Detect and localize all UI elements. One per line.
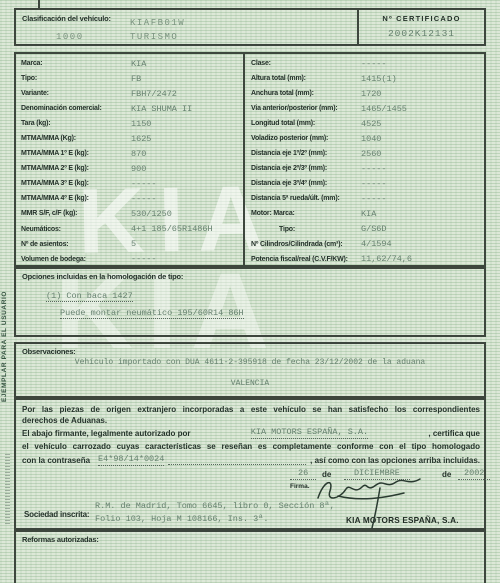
- options-label: Opciones incluidas en la homologación de…: [22, 272, 183, 281]
- field-value: -----: [361, 59, 387, 69]
- spec-row: Voladizo posterior (mm):1040: [251, 131, 484, 146]
- observation-line: Vehículo importado con DUA 4611-2-395918…: [16, 358, 484, 367]
- spec-row: Nº de asientos:5: [21, 237, 243, 252]
- field-label: MTMA/MMA 4º E (kg):: [21, 195, 131, 202]
- spec-row: Altura total (mm):1415(1): [251, 71, 484, 86]
- spec-row: MMR S/F, c/F (kg):530/1250: [21, 206, 243, 221]
- observations-box: Observaciones: Vehículo importado con DU…: [14, 342, 486, 398]
- certification-box: Por las piezas de origen extranjero inco…: [14, 398, 486, 530]
- signer-company: KIA MOTORS ESPAÑA, S.A.: [251, 427, 368, 439]
- conformity-text: el vehículo carrozado cuyas característi…: [22, 441, 480, 452]
- classification-code: KIAFB01W: [130, 18, 185, 28]
- spec-row: MTMA/MMA 4º E (kg):-----: [21, 191, 243, 206]
- field-value: 1415(1): [361, 74, 397, 84]
- spec-row: Nº Cilindros/Cilindrada (cm³):4/1594: [251, 237, 484, 252]
- customs-text: Por las piezas de origen extranjero inco…: [22, 404, 480, 415]
- observation-line: VALENCIA: [16, 379, 484, 388]
- spec-row: Distancia eje 3º/4º (mm):-----: [251, 176, 484, 191]
- field-label: Tipo:: [251, 226, 361, 233]
- customs-text: derechos de Aduanas.: [22, 415, 480, 426]
- field-value: -----: [131, 254, 157, 264]
- classification-number: 1000: [56, 32, 84, 42]
- field-label: Distancia eje 2º/3º (mm):: [251, 165, 361, 172]
- password-line: con la contraseña E4*98/14*0024 , así co…: [22, 454, 480, 466]
- date-year: 2002: [458, 468, 490, 480]
- spec-row: Tipo:G/S6D: [251, 222, 484, 237]
- classification-cell: Clasificación del vehículo: KIAFB01W 100…: [16, 10, 357, 44]
- reforms-label: Reformas autorizadas:: [22, 535, 99, 544]
- specs-box: Marca:KIATipo:FBVariante:FBH7/2472Denomi…: [14, 52, 486, 267]
- specs-right-column: Clase:-----Altura total (mm):1415(1)Anch…: [245, 54, 484, 265]
- spec-row: Distancia eje 1º/2º (mm):2560: [251, 146, 484, 161]
- field-label: Neumáticos:: [21, 226, 131, 233]
- field-value: KIA: [361, 209, 376, 219]
- field-value: 2560: [361, 149, 381, 159]
- certificate-number: 2002K12131: [359, 28, 484, 39]
- field-label: MTMA/MMA (Kg):: [21, 135, 131, 142]
- dotted-filler: [168, 456, 306, 465]
- field-label: Motor: Marca:: [251, 210, 361, 217]
- spec-row: Potencia fiscal/real (C.V.F/KW):11,62/74…: [251, 252, 484, 267]
- certificate-label: Nº CERTIFICADO: [359, 14, 484, 23]
- field-value: 530/1250: [131, 209, 172, 219]
- field-label: Via anterior/posterior (mm):: [251, 105, 361, 112]
- field-label: Voladizo posterior (mm):: [251, 135, 361, 142]
- spec-row: Volumen de bodega:-----: [21, 252, 243, 267]
- divider: [38, 0, 40, 8]
- field-label: Variante:: [21, 90, 131, 97]
- password-value: E4*98/14*0024: [98, 454, 164, 466]
- field-value: 4+1 185/65R1486H: [131, 224, 213, 234]
- date-de: de: [442, 469, 451, 480]
- registry-label: Sociedad inscrita:: [24, 510, 89, 519]
- field-label: Nº Cilindros/Cilindrada (cm³):: [251, 241, 361, 248]
- field-value: 1040: [361, 134, 381, 144]
- field-value: 4525: [361, 119, 381, 129]
- spec-row: MTMA/MMA (Kg):1625: [21, 131, 243, 146]
- registry-line: R.M. de Madrid, Tomo 6645, libro 0, Secc…: [95, 501, 335, 511]
- field-label: Volumen de bodega:: [21, 256, 131, 263]
- field-value: -----: [361, 179, 387, 189]
- field-value: -----: [361, 194, 387, 204]
- field-label: MMR S/F, c/F (kg):: [21, 210, 131, 217]
- spec-row: Denominación comercial:KIA SHUMA II: [21, 101, 243, 116]
- field-label: MTMA/MMA 2º E (kg):: [21, 165, 131, 172]
- field-label: Tara (kg):: [21, 120, 131, 127]
- field-label: Denominación comercial:: [21, 105, 131, 112]
- header-box: Clasificación del vehículo: KIAFB01W 100…: [14, 8, 486, 46]
- field-value: 1625: [131, 134, 151, 144]
- spec-row: Anchura total (mm):1720: [251, 86, 484, 101]
- spec-row: Marca:KIA: [21, 56, 243, 71]
- spec-row: Motor: Marca:KIA: [251, 206, 484, 221]
- field-value: G/S6D: [361, 224, 387, 234]
- password-prefix: con la contraseña: [22, 455, 90, 466]
- field-value: 1465/1455: [361, 104, 407, 114]
- spec-row: Longitud total (mm):4525: [251, 116, 484, 131]
- spec-row: Distancia 5ª rueda/últ. (mm):-----: [251, 191, 484, 206]
- signer-suffix: , certifica que: [428, 428, 480, 439]
- reforms-box: Reformas autorizadas:: [14, 530, 486, 583]
- field-label: Altura total (mm):: [251, 75, 361, 82]
- observations-label: Observaciones:: [22, 347, 75, 356]
- field-value: 1150: [131, 119, 151, 129]
- field-value: FBH7/2472: [131, 89, 177, 99]
- side-margin-text: EJEMPLAR PARA EL USUARIO: [1, 212, 8, 402]
- field-value: -----: [361, 164, 387, 174]
- spec-row: Via anterior/posterior (mm):1465/1455: [251, 101, 484, 116]
- signer-line: El abajo firmante, legalmente autorizado…: [22, 427, 480, 439]
- classification-label: Clasificación del vehículo:: [22, 14, 111, 23]
- option-line: Puede montar neumático 195/60R14 86H: [60, 308, 244, 319]
- field-value: 870: [131, 149, 146, 159]
- spec-row: Tipo:FB: [21, 71, 243, 86]
- field-label: Nº de asientos:: [21, 241, 131, 248]
- spec-row: Distancia eje 2º/3º (mm):-----: [251, 161, 484, 176]
- field-label: Potencia fiscal/real (C.V.F/KW):: [251, 256, 361, 263]
- field-label: Distancia eje 1º/2º (mm):: [251, 150, 361, 157]
- spec-row: Variante:FBH7/2472: [21, 86, 243, 101]
- micro-print: [5, 452, 10, 524]
- spec-row: Clase:-----: [251, 56, 484, 71]
- field-value: 11,62/74,6: [361, 254, 412, 264]
- field-value: FB: [131, 74, 141, 84]
- certificate-page: KIA KIA EJEMPLAR PARA EL USUARIO Clasifi…: [0, 0, 500, 583]
- field-label: Anchura total (mm):: [251, 90, 361, 97]
- field-label: Longitud total (mm):: [251, 120, 361, 127]
- field-label: Distancia 5ª rueda/últ. (mm):: [251, 195, 361, 202]
- field-label: MTMA/MMA 1º E (kg):: [21, 150, 131, 157]
- certificate-cell: Nº CERTIFICADO 2002K12131: [357, 10, 484, 44]
- spec-row: MTMA/MMA 2º E (kg):900: [21, 161, 243, 176]
- field-label: MTMA/MMA 3º E (kg):: [21, 180, 131, 187]
- field-value: KIA: [131, 59, 146, 69]
- field-label: Marca:: [21, 60, 131, 67]
- signature-label: Firma.: [290, 483, 310, 490]
- signer-prefix: El abajo firmante, legalmente autorizado…: [22, 428, 190, 439]
- spec-row: Tara (kg):1150: [21, 116, 243, 131]
- field-label: Clase:: [251, 60, 361, 67]
- handwritten-signature: [308, 472, 438, 530]
- field-value: KIA SHUMA II: [131, 104, 192, 114]
- registry-line: Folio 103, Hoja M 108166, Ins. 3ª.: [95, 514, 268, 524]
- field-value: -----: [131, 179, 157, 189]
- field-label: Tipo:: [21, 75, 131, 82]
- specs-left-column: Marca:KIATipo:FBVariante:FBH7/2472Denomi…: [16, 54, 245, 265]
- field-value: 5: [131, 239, 136, 249]
- field-value: 900: [131, 164, 146, 174]
- field-label: Distancia eje 3º/4º (mm):: [251, 180, 361, 187]
- classification-type: TURISMO: [130, 32, 178, 42]
- field-value: -----: [131, 194, 157, 204]
- option-line: (1) Con baca 1427: [46, 291, 133, 302]
- field-value: 1720: [361, 89, 381, 99]
- spec-row: MTMA/MMA 1º E (kg):870: [21, 146, 243, 161]
- spec-row: MTMA/MMA 3º E (kg):-----: [21, 176, 243, 191]
- options-box: Opciones incluidas en la homologación de…: [14, 267, 486, 337]
- spec-row: Neumáticos:4+1 185/65R1486H: [21, 222, 243, 237]
- password-suffix: , así como con las opciones arriba inclu…: [310, 455, 480, 466]
- field-value: 4/1594: [361, 239, 392, 249]
